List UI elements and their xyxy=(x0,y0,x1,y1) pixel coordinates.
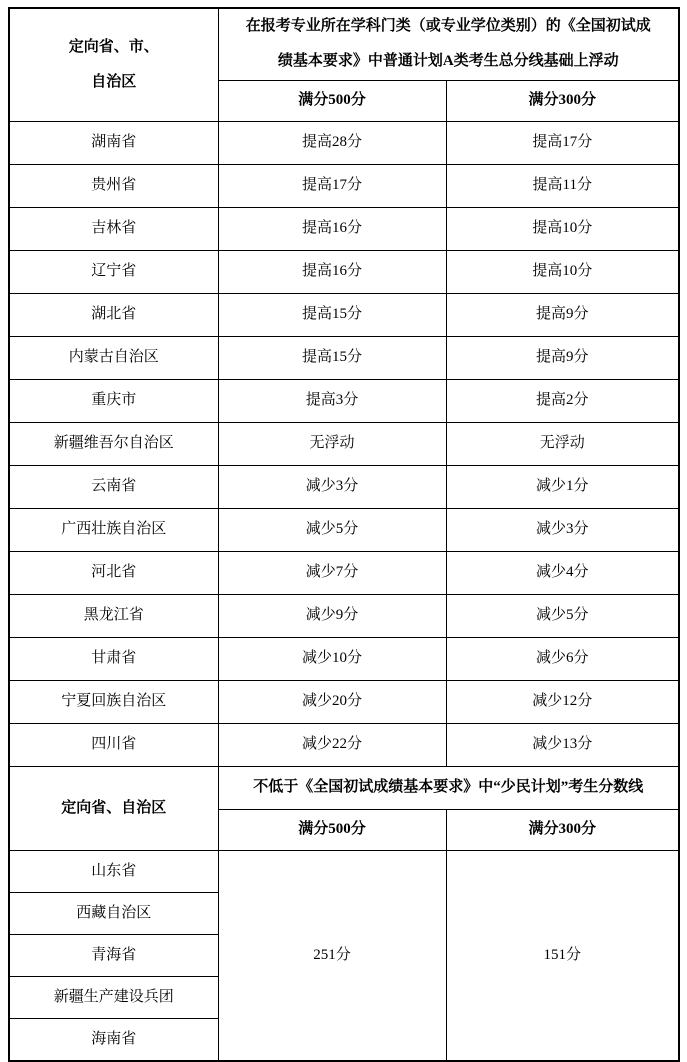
table-row: 贵州省 提高17分 提高11分 xyxy=(9,164,679,207)
province-cell: 新疆维吾尔自治区 xyxy=(9,422,218,465)
value500-cell: 提高17分 xyxy=(218,164,446,207)
value300-cell: 减少13分 xyxy=(446,723,679,766)
value500-cell: 减少7分 xyxy=(218,551,446,594)
section2-corner-label: 定向省、自治区 xyxy=(9,766,218,850)
value500-cell: 减少9分 xyxy=(218,594,446,637)
value500-cell: 无浮动 xyxy=(218,422,446,465)
value300-cell: 提高2分 xyxy=(446,379,679,422)
table-row: 四川省 减少22分 减少13分 xyxy=(9,723,679,766)
province-cell: 青海省 xyxy=(9,934,218,976)
table-row: 广西壮族自治区 减少5分 减少3分 xyxy=(9,508,679,551)
table-row: 河北省 减少7分 减少4分 xyxy=(9,551,679,594)
section1-col500-header: 满分500分 xyxy=(218,80,446,121)
table-row: 新疆维吾尔自治区 无浮动 无浮动 xyxy=(9,422,679,465)
value500-cell: 提高16分 xyxy=(218,207,446,250)
value500-cell: 提高15分 xyxy=(218,336,446,379)
value300-cell: 提高9分 xyxy=(446,336,679,379)
value500-cell: 减少20分 xyxy=(218,680,446,723)
table-row: 云南省 减少3分 减少1分 xyxy=(9,465,679,508)
value300-cell: 提高10分 xyxy=(446,207,679,250)
section2-span-header: 不低于《全国初试成绩基本要求》中“少民计划”考生分数线 xyxy=(218,766,679,809)
province-cell: 贵州省 xyxy=(9,164,218,207)
province-cell: 甘肃省 xyxy=(9,637,218,680)
value500-cell: 提高28分 xyxy=(218,121,446,164)
province-cell: 湖南省 xyxy=(9,121,218,164)
section1-header-row: 定向省、市、 自治区 在报考专业所在学科门类（或专业学位类别）的《全国初试成绩基… xyxy=(9,8,679,80)
value500-cell: 减少10分 xyxy=(218,637,446,680)
section1-span-header: 在报考专业所在学科门类（或专业学位类别）的《全国初试成绩基本要求》中普通计划A类… xyxy=(218,8,679,80)
value500-cell: 减少5分 xyxy=(218,508,446,551)
value500-cell: 提高15分 xyxy=(218,293,446,336)
province-cell: 山东省 xyxy=(9,850,218,892)
table-row: 重庆市 提高3分 提高2分 xyxy=(9,379,679,422)
province-cell: 内蒙古自治区 xyxy=(9,336,218,379)
table-row: 湖南省 提高28分 提高17分 xyxy=(9,121,679,164)
value300-cell: 减少1分 xyxy=(446,465,679,508)
section2-header-row: 定向省、自治区 不低于《全国初试成绩基本要求》中“少民计划”考生分数线 xyxy=(9,766,679,809)
value300-cell: 提高9分 xyxy=(446,293,679,336)
province-cell: 云南省 xyxy=(9,465,218,508)
value300-cell: 减少4分 xyxy=(446,551,679,594)
province-cell: 湖北省 xyxy=(9,293,218,336)
table-row: 山东省 251分 151分 xyxy=(9,850,679,892)
province-cell: 宁夏回族自治区 xyxy=(9,680,218,723)
value300-cell: 减少6分 xyxy=(446,637,679,680)
table-row: 黑龙江省 减少9分 减少5分 xyxy=(9,594,679,637)
value300-cell: 无浮动 xyxy=(446,422,679,465)
province-cell: 新疆生产建设兵团 xyxy=(9,976,218,1018)
table-row: 宁夏回族自治区 减少20分 减少12分 xyxy=(9,680,679,723)
value300-cell: 提高17分 xyxy=(446,121,679,164)
value500-cell: 提高3分 xyxy=(218,379,446,422)
section1-corner-label: 定向省、市、 自治区 xyxy=(9,8,218,121)
value300-cell: 减少12分 xyxy=(446,680,679,723)
value300-cell: 提高11分 xyxy=(446,164,679,207)
section1-col300-header: 满分300分 xyxy=(446,80,679,121)
province-cell: 吉林省 xyxy=(9,207,218,250)
province-cell: 河北省 xyxy=(9,551,218,594)
table-row: 吉林省 提高16分 提高10分 xyxy=(9,207,679,250)
province-cell: 辽宁省 xyxy=(9,250,218,293)
table-row: 甘肃省 减少10分 减少6分 xyxy=(9,637,679,680)
value300-cell: 提高10分 xyxy=(446,250,679,293)
province-cell: 四川省 xyxy=(9,723,218,766)
value300-cell: 减少5分 xyxy=(446,594,679,637)
province-cell: 黑龙江省 xyxy=(9,594,218,637)
table-row: 辽宁省 提高16分 提高10分 xyxy=(9,250,679,293)
province-cell: 海南省 xyxy=(9,1018,218,1061)
table-row: 内蒙古自治区 提高15分 提高9分 xyxy=(9,336,679,379)
value500-cell: 减少22分 xyxy=(218,723,446,766)
merged-value300-cell: 151分 xyxy=(446,850,679,1061)
section2-col500-header: 满分500分 xyxy=(218,809,446,850)
score-adjustment-table: 定向省、市、 自治区 在报考专业所在学科门类（或专业学位类别）的《全国初试成绩基… xyxy=(8,7,680,1062)
value300-cell: 减少3分 xyxy=(446,508,679,551)
table-row: 湖北省 提高15分 提高9分 xyxy=(9,293,679,336)
section2-col300-header: 满分300分 xyxy=(446,809,679,850)
province-cell: 重庆市 xyxy=(9,379,218,422)
value500-cell: 减少3分 xyxy=(218,465,446,508)
province-cell: 西藏自治区 xyxy=(9,892,218,934)
value500-cell: 提高16分 xyxy=(218,250,446,293)
merged-value500-cell: 251分 xyxy=(218,850,446,1061)
province-cell: 广西壮族自治区 xyxy=(9,508,218,551)
